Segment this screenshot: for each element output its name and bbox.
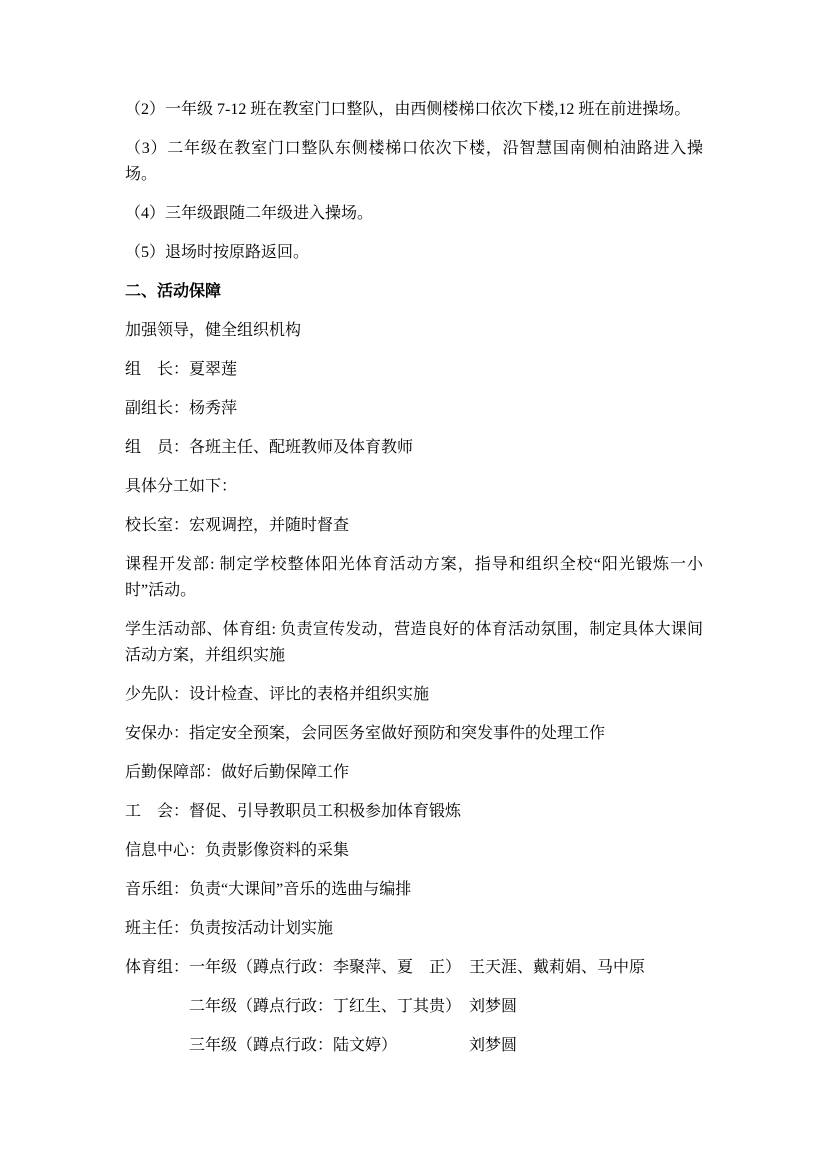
paragraph: 音乐组：负责“大课间”音乐的选曲与编排 <box>125 877 703 903</box>
paragraph: 安保办：指定安全预案，会同医务室做好预防和突发事件的处理工作 <box>125 721 703 747</box>
paragraph: 副组长：杨秀萍 <box>125 396 703 422</box>
section-heading: 二、活动保障 <box>125 279 703 305</box>
paragraph: （4）三年级跟随二年级进入操场。 <box>125 201 703 227</box>
paragraph: 学生活动部、体育组: 负责宣传发动，营造良好的体育活动氛围，制定具体大课间活动方… <box>125 617 703 669</box>
paragraph: 组 员：各班主任、配班教师及体育教师 <box>125 435 703 461</box>
paragraph: 组 长：夏翠莲 <box>125 357 703 383</box>
paragraph: 少先队：设计检查、评比的表格并组织实施 <box>125 682 703 708</box>
paragraph: 后勤保障部：做好后勤保障工作 <box>125 760 703 786</box>
paragraph: （2）一年级 7-12 班在教室门口整队，由西侧楼梯口依次下楼,12 班在前进操… <box>125 97 703 123</box>
document-page: （2）一年级 7-12 班在教室门口整队，由西侧楼梯口依次下楼,12 班在前进操… <box>0 0 827 1170</box>
paragraph: 体育组：一年级（蹲点行政：李聚萍、夏 正） 王天涯、戴莉娟、马中原 <box>125 955 703 981</box>
paragraph: 三年级（蹲点行政：陆文婷） 刘梦圆 <box>125 1033 703 1059</box>
paragraph: 校长室：宏观调控，并随时督查 <box>125 513 703 539</box>
paragraph: 加强领导，健全组织机构 <box>125 318 703 344</box>
paragraph: 信息中心：负责影像资料的采集 <box>125 838 703 864</box>
paragraph: 具体分工如下： <box>125 474 703 500</box>
paragraph: 二年级（蹲点行政：丁红生、丁其贵） 刘梦圆 <box>125 994 703 1020</box>
paragraph: 课程开发部: 制定学校整体阳光体育活动方案，指导和组织全校“阳光锻炼一小时”活动… <box>125 552 703 604</box>
paragraph: （3）二年级在教室门口整队东侧楼梯口依次下楼，沿智慧国南侧柏油路进入操场。 <box>125 136 703 188</box>
paragraph: 班主任：负责按活动计划实施 <box>125 916 703 942</box>
paragraph: （5）退场时按原路返回。 <box>125 240 703 266</box>
paragraph: 工 会：督促、引导教职员工积极参加体育锻炼 <box>125 799 703 825</box>
